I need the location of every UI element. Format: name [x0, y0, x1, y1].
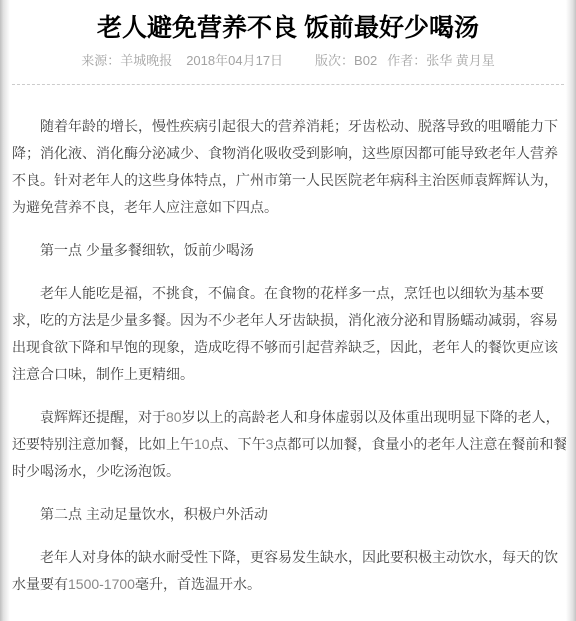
paragraph-section2: 老年人对身体的缺水耐受性下降，更容易发生缺水，因此要积极主动饮水，每天的饮水量要…: [12, 544, 570, 598]
paragraph-intro: 随着年龄的增长，慢性疾病引起很大的营养消耗；牙齿松动、脱落导致的咀嚼能力下降；消…: [12, 113, 570, 221]
article-title: 老人避免营养不良 饭前最好少喝汤: [0, 13, 576, 43]
meta-author: 作者：张华 黄月星: [387, 53, 495, 69]
morning-hour-number: 10: [194, 436, 210, 452]
meta-edition: 版次：B02: [315, 53, 377, 69]
section-heading-2: 第二点 主动足量饮水，积极户外活动: [12, 501, 570, 528]
meta-date: 2018年04月17日: [186, 53, 283, 69]
section-heading-1: 第一点 少量多餐细软，饭前少喝汤: [12, 237, 570, 264]
article-body: 随着年龄的增长，慢性疾病引起很大的营养消耗；牙齿松动、脱落导致的咀嚼能力下降；消…: [0, 85, 576, 598]
article-page: 老人避免营养不良 饭前最好少喝汤 来源：羊城晚报 2018年04月17日 版次：…: [0, 0, 576, 621]
meta-source: 来源：羊城晚报: [81, 53, 172, 69]
paragraph-section1: 老年人能吃是福，不挑食，不偏食。在食物的花样多一点，烹饪也以细软为基本要求，吃的…: [12, 280, 570, 388]
age-number: 80: [166, 409, 182, 425]
water-volume-number: 1500-1700: [68, 576, 135, 592]
article-meta: 来源：羊城晚报 2018年04月17日 版次：B02 作者：张华 黄月星: [0, 53, 576, 69]
paragraph-section2-text: 毫升，首选温开水。: [135, 576, 261, 592]
paragraph-reminder-text: 点、下午: [210, 436, 266, 452]
article-header: 老人避免营养不良 饭前最好少喝汤 来源：羊城晚报 2018年04月17日 版次：…: [0, 0, 576, 69]
paragraph-reminder-text: 袁辉辉还提醒，对于: [40, 409, 166, 425]
paragraph-reminder: 袁辉辉还提醒，对于80岁以上的高龄老人和身体虚弱以及体重出现明显下降的老人，还要…: [12, 404, 570, 485]
